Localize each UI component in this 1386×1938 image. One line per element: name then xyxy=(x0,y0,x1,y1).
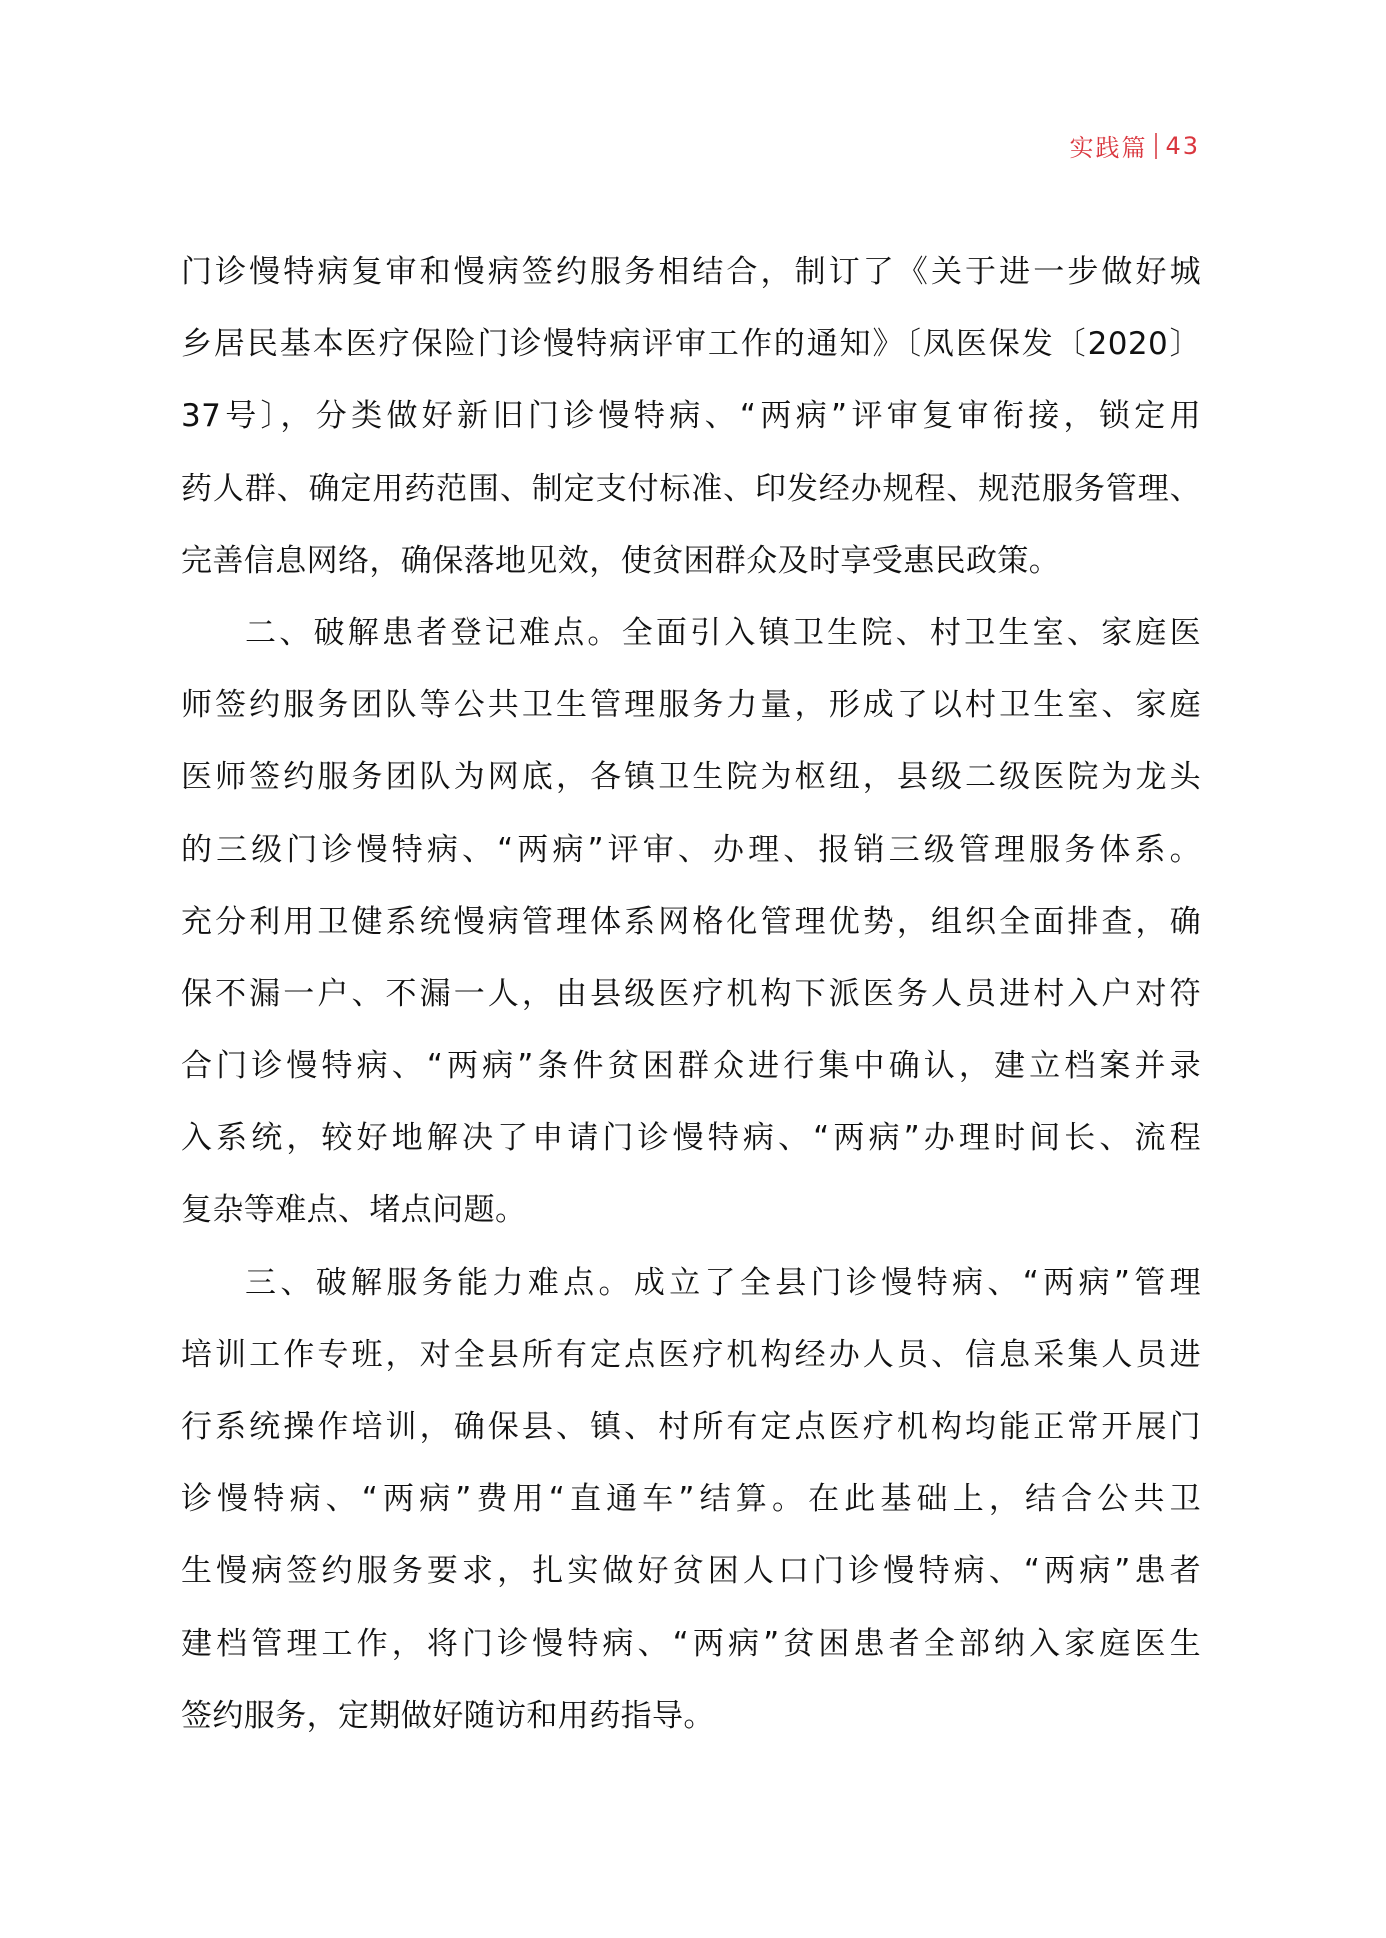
text-line: 入系统，较好地解决了申请门诊慢特病、“两病”办理时间长、流程 xyxy=(181,1102,1201,1174)
text-line: 复杂等难点、堵点问题。 xyxy=(181,1174,1201,1246)
paragraph-3: 三、破解服务能力难点。成立了全县门诊慢特病、“两病”管理 培训工作专班，对全县所… xyxy=(181,1247,1201,1752)
text-line: 乡居民基本医疗保险门诊慢特病评审工作的通知》〔凤医保发〔2020〕 xyxy=(181,308,1201,380)
text-line: 医师签约服务团队为网底，各镇卫生院为枢纽，县级二级医院为龙头 xyxy=(181,741,1201,813)
text-line: 建档管理工作，将门诊慢特病、“两病”贫困患者全部纳入家庭医生 xyxy=(181,1608,1201,1680)
page-number: 43 xyxy=(1165,132,1200,160)
text-line: 合门诊慢特病、“两病”条件贫困群众进行集中确认，建立档案并录 xyxy=(181,1030,1201,1102)
text-line: 门诊慢特病复审和慢病签约服务相结合，制订了《关于进一步做好城 xyxy=(181,236,1201,308)
text-line: 培训工作专班，对全县所有定点医疗机构经办人员、信息采集人员进 xyxy=(181,1319,1201,1391)
text-line: 药人群、确定用药范围、制定支付标准、印发经办规程、规范服务管理、 xyxy=(181,453,1201,525)
text-line: 充分利用卫健系统慢病管理体系网格化管理优势，组织全面排查，确 xyxy=(181,886,1201,958)
header-divider xyxy=(1155,133,1157,159)
text-line: 完善信息网络，确保落地见效，使贫困群众及时享受惠民政策。 xyxy=(181,525,1201,597)
document-body: 门诊慢特病复审和慢病签约服务相结合，制订了《关于进一步做好城 乡居民基本医疗保险… xyxy=(181,236,1201,1752)
paragraph-1: 门诊慢特病复审和慢病签约服务相结合，制订了《关于进一步做好城 乡居民基本医疗保险… xyxy=(181,236,1201,597)
paragraph-2: 二、破解患者登记难点。全面引入镇卫生院、村卫生室、家庭医 师签约服务团队等公共卫… xyxy=(181,597,1201,1247)
text-line: 师签约服务团队等公共卫生管理服务力量，形成了以村卫生室、家庭 xyxy=(181,669,1201,741)
text-line: 签约服务，定期做好随访和用药指导。 xyxy=(181,1680,1201,1752)
text-line: 保不漏一户、不漏一人，由县级医疗机构下派医务人员进村入户对符 xyxy=(181,958,1201,1030)
text-line: 行系统操作培训，确保县、镇、村所有定点医疗机构均能正常开展门 xyxy=(181,1391,1201,1463)
text-line: 的三级门诊慢特病、“两病”评审、办理、报销三级管理服务体系。 xyxy=(181,814,1201,886)
text-line: 生慢病签约服务要求，扎实做好贫困人口门诊慢特病、“两病”患者 xyxy=(181,1535,1201,1607)
section-heading: 三、破解服务能力难点。 xyxy=(245,1265,634,1301)
text-line: 二、破解患者登记难点。全面引入镇卫生院、村卫生室、家庭医 xyxy=(181,597,1201,669)
section-label: 实践篇 xyxy=(1069,128,1147,163)
text-line: 诊慢特病、“两病”费用“直通车”结算。在此基础上，结合公共卫 xyxy=(181,1463,1201,1535)
page-header: 实践篇 43 xyxy=(1069,128,1200,163)
text-run: 全面引入镇卫生院、村卫生室、家庭医 xyxy=(622,615,1201,651)
text-line: 37号〕，分类做好新旧门诊慢特病、“两病”评审复审衔接，锁定用 xyxy=(181,380,1201,452)
text-run: 成立了全县门诊慢特病、“两病”管理 xyxy=(634,1265,1201,1301)
section-heading: 二、破解患者登记难点。 xyxy=(245,615,622,651)
text-line: 三、破解服务能力难点。成立了全县门诊慢特病、“两病”管理 xyxy=(181,1247,1201,1319)
